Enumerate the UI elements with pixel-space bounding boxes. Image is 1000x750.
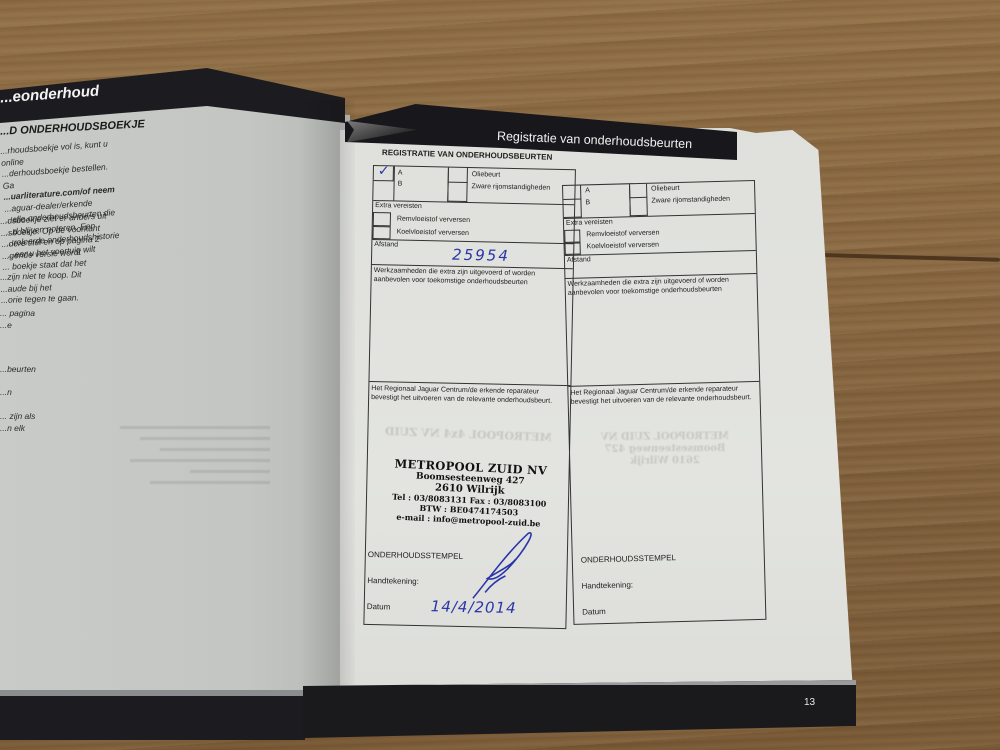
checkbox-heavy-conditions[interactable]	[629, 198, 647, 216]
heavy-conditions-label: Zware rijomstandigheden	[651, 195, 731, 206]
left-paragraph-2: ...dsboekje ziet er anders uit ...sboekj…	[0, 210, 123, 274]
extra-requirements-label: Extra vereisten	[566, 219, 613, 227]
left-fragment: ...n elk	[0, 423, 120, 435]
check-mark-icon: ✓	[378, 163, 390, 179]
oil-service-label: Oliebeurt	[651, 185, 680, 193]
service-b-label: B	[585, 199, 590, 206]
show-through-stamp: METROPOOL ZUID NVBoomsesteenweg 4272610 …	[580, 431, 750, 468]
checkbox-brake-fluid[interactable]	[373, 212, 391, 226]
show-through-stamp: METROPOOL 4x4 NV ZUID	[373, 424, 563, 444]
service-b-label: B	[398, 181, 403, 188]
signature-label: Handtekening:	[367, 576, 419, 586]
distance-label: Afstand	[567, 256, 591, 264]
show-through-text	[120, 420, 270, 580]
service-a-label: A	[585, 187, 590, 194]
work-performed-label: Werkzaamheden die extra zijn uitgevoerd …	[567, 275, 742, 298]
distance-label: Afstand	[374, 241, 398, 248]
distance-value: 25954	[452, 246, 510, 265]
left-fragment: ...n	[0, 387, 120, 399]
page-number: 13	[804, 697, 815, 708]
divider	[565, 250, 756, 256]
oil-service-label: Oliebeurt	[472, 171, 501, 179]
work-performed-label: Werkzaamheden die extra zijn uitgevoerd …	[374, 266, 554, 288]
divider	[393, 166, 395, 200]
checkbox-service-a[interactable]	[563, 186, 581, 200]
checkbox-brake-fluid[interactable]	[564, 230, 580, 243]
left-fragment: ...beurten	[0, 364, 120, 376]
right-page-footer-band	[303, 680, 856, 738]
coolant-label: Koelvloeistof verversen	[587, 241, 660, 250]
checkbox-service-b[interactable]	[563, 199, 581, 217]
signature-scribble	[465, 528, 547, 605]
date-label: Datum	[582, 607, 606, 617]
brake-fluid-label: Remvloeistof verversen	[397, 216, 470, 225]
left-fragment: ...e	[0, 320, 120, 332]
coolant-label: Koelvloeistof verversen	[397, 229, 470, 238]
checkbox-oil-service[interactable]	[448, 168, 468, 183]
divider	[372, 239, 573, 244]
signature-label: Handtekening:	[581, 580, 633, 590]
service-record-form-2: A B Oliebeurt Zware rijomstandigheden Ex…	[562, 180, 766, 625]
checkbox-oil-service[interactable]	[629, 184, 647, 198]
stamp-label: ONDERHOUDSSTEMPEL	[368, 550, 463, 561]
left-page-footer-band	[0, 690, 305, 740]
book-gutter-shadow	[300, 100, 355, 720]
confirmation-text: Het Regionaal Jaguar Centrum/de erkende …	[371, 384, 566, 406]
checkbox-heavy-conditions[interactable]	[447, 183, 467, 202]
date-label: Datum	[367, 602, 391, 611]
left-fragment: ... zijn als	[0, 411, 120, 423]
left-paragraph-3: ...zijn niet te koop. Dit ...aude bij he…	[0, 268, 121, 307]
extra-requirements-label: Extra vereisten	[375, 202, 422, 210]
service-record-form-1: ✓ A B Oliebeurt Zware rijomstandigheden …	[363, 165, 576, 629]
divider	[564, 213, 755, 219]
confirmation-text: Het Regionaal Jaguar Centrum/de erkende …	[570, 384, 755, 407]
brake-fluid-label: Remvloeistof verversen	[586, 229, 659, 238]
checkbox-coolant[interactable]	[372, 226, 390, 239]
date-value: 14/4/2014	[431, 597, 517, 617]
left-fragment: ... pagina	[0, 308, 120, 320]
heavy-conditions-label: Zware rijomstandigheden	[471, 182, 551, 193]
stamp-label: ONDERHOUDSSTEMPEL	[581, 553, 676, 564]
dealer-stamp: METROPOOL ZUID NV Boomsesteenweg 427 261…	[366, 455, 574, 530]
service-a-label: A	[398, 170, 403, 177]
checkbox-coolant[interactable]	[565, 243, 581, 255]
